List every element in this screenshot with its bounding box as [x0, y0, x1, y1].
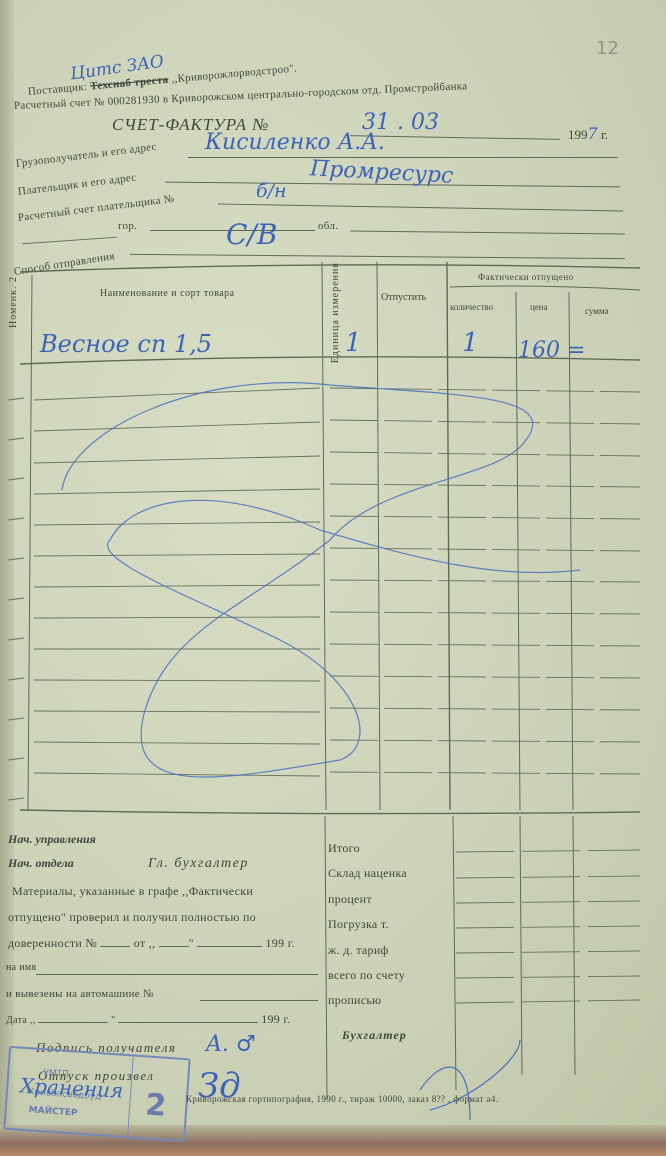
chief-accountant-label: Гл. бухгалтер [148, 856, 249, 872]
row-item-name: Весное сп 1,5 [40, 330, 212, 358]
header-actual-group: Фактически отпущено [478, 272, 574, 282]
on-name-line [36, 974, 318, 975]
recipient-signature: A. ♂ [206, 1032, 256, 1057]
header-release: Отпустить [381, 292, 426, 303]
total-label: Итого [328, 836, 407, 861]
date-label: Дата ,, " 199 г. [6, 1012, 291, 1027]
vehicle-label: и вывезены на автомашине № [6, 988, 154, 1000]
on-name-label: на имя [6, 962, 36, 973]
materials-text-1: Материалы, указанные в графе ,,Фактическ… [12, 884, 253, 899]
head-section-label: Нач. отдела [8, 856, 74, 871]
header-qty: количество [450, 302, 493, 312]
printer-line: Криворожская гортипография, 1990 г., тир… [186, 1094, 498, 1104]
materials-text-2: отпущено" проверил и получил полностью п… [8, 910, 256, 925]
header-num: Номенк. 2 [8, 276, 19, 328]
in-words-label: прописью [328, 988, 407, 1013]
header-name: Наименование и сорт товара [100, 288, 235, 299]
header-price: цена [530, 302, 548, 312]
rail-tariff-label: ж. д. тариф [328, 938, 407, 963]
accountant-label: Бухгалтер [342, 1028, 407, 1043]
proxy-line: доверенности № от ,, " 199 г. [8, 936, 295, 951]
totals-labels: Итого Склад наценка процент Погрузка т. … [328, 836, 407, 1014]
row-item-qty: 1 [462, 328, 479, 358]
head-dept-label: Нач. управления [8, 832, 96, 847]
loading-label: Погрузка т. [328, 912, 407, 937]
row-item-price: 160 = [518, 338, 585, 363]
invoice-total-label: всего по счету [328, 963, 407, 988]
warehouse-markup-label: Склад наценка [328, 861, 407, 886]
vehicle-line [200, 1000, 318, 1001]
row-item-unit: 1 [345, 328, 362, 358]
header-sum: сумма [585, 306, 609, 316]
header-unit: Единица измерения [330, 262, 341, 342]
cancellation-scribble-icon [62, 383, 580, 777]
percent-label: процент [328, 887, 407, 912]
